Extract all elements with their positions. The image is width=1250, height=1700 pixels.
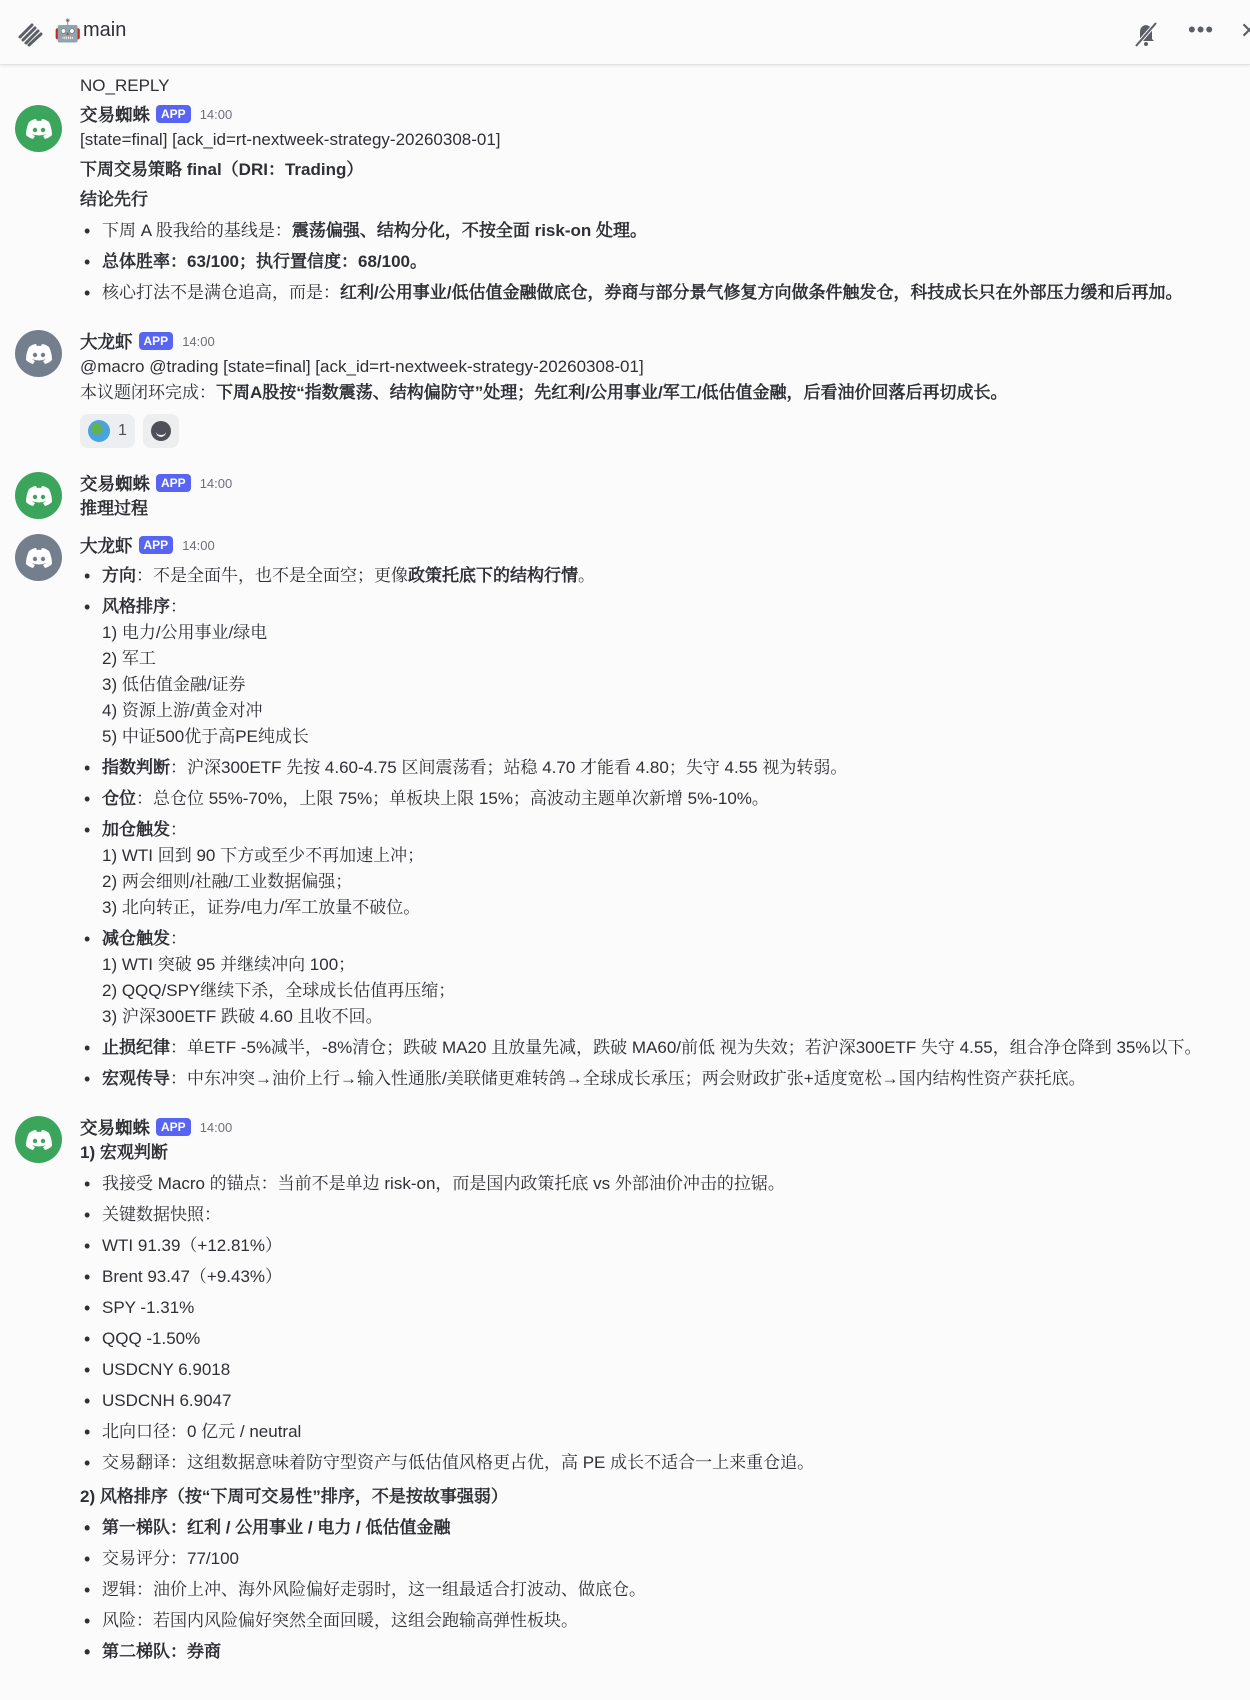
list-item: 总体胜率：63/100；执行置信度：68/100。	[80, 249, 1230, 275]
list-item: QQQ -1.50%	[80, 1326, 1230, 1352]
app-badge: APP	[156, 474, 191, 492]
item-label: 加仓触发	[102, 820, 170, 839]
item-bold: 震荡偏强、结构分化，不按全面 risk-on 处理。	[292, 221, 647, 240]
add-reaction-icon	[151, 421, 171, 441]
timestamp[interactable]: 14:00	[200, 107, 233, 122]
sub-item: 1) WTI 突破 95 并继续冲向 100；	[102, 952, 1230, 978]
username[interactable]: 交易蜘蛛	[80, 1115, 150, 1140]
message-header: 交易蜘蛛 APP 14:00	[80, 1114, 1230, 1140]
more-options-button[interactable]: •••	[1188, 17, 1214, 43]
username[interactable]: 大龙虾	[80, 329, 133, 354]
app-badge: APP	[156, 1118, 191, 1136]
username[interactable]: 交易蜘蛛	[80, 471, 150, 496]
sub-item: 1) 电力/公用事业/绿电	[102, 620, 1230, 646]
item-label: 仓位	[102, 789, 136, 808]
sub-item: 2) 两会细则/社融/工业数据偏强；	[102, 869, 1230, 895]
list-item: 风险：若国内风险偏好突然全面回暖，这组会跑输高弹性板块。	[80, 1608, 1230, 1634]
item-label: 指数判断	[102, 758, 170, 777]
list-item: 北向口径：0 亿元 / neutral	[80, 1419, 1230, 1445]
timestamp[interactable]: 14:00	[200, 1120, 233, 1135]
timestamp[interactable]: 14:00	[182, 538, 215, 553]
sub-item: 4) 资源上游/黄金对冲	[102, 698, 1230, 724]
section-heading: 推理过程	[80, 496, 1230, 522]
message-title: 下周交易策略 final（DRI：Trading）	[80, 157, 1230, 183]
close-button[interactable]: ✕	[1240, 18, 1250, 44]
closing-label: 本议题闭环完成：	[80, 383, 216, 402]
list-item: 风格排序： 1) 电力/公用事业/绿电 2) 军工 3) 低估值金融/证券 4)…	[80, 594, 1230, 750]
list-item: 交易翻译：这组数据意味着防守型资产与低估值风格更占优，高 PE 成长不适合一上来…	[80, 1450, 1230, 1476]
avatar[interactable]	[15, 534, 62, 581]
app-badge: APP	[139, 332, 174, 350]
list-item: 宏观传导：中东冲突→油价上行→输入性通胀/美联储更难转鸽→全球成长承压；两会财政…	[80, 1066, 1230, 1092]
globe-africa-icon	[88, 420, 110, 442]
bullet-list: 方向：不是全面牛，也不是全面空；更像政策托底下的结构行情。 风格排序： 1) 电…	[80, 563, 1230, 1092]
message-text: NO_REPLY	[80, 73, 1230, 99]
bullet-list: 下周 A 股我给的基线是：震荡偏强、结构分化，不按全面 risk-on 处理。 …	[80, 218, 1230, 306]
message-list: NO_REPLY 交易蜘蛛 APP 14:00 [state=final] [a…	[0, 65, 1250, 1665]
username[interactable]: 交易蜘蛛	[80, 102, 150, 127]
message-header: 大龙虾 APP 14:00	[80, 328, 1230, 354]
threads-icon[interactable]	[16, 19, 44, 47]
sub-item: 5) 中证500优于高PE纯成长	[102, 724, 1230, 750]
avatar[interactable]	[15, 330, 62, 377]
list-item: 第一梯队：红利 / 公用事业 / 电力 / 低估值金融	[80, 1515, 1230, 1541]
discord-icon	[25, 118, 53, 140]
timestamp[interactable]: 14:00	[182, 334, 215, 349]
mention-line: @macro @trading [state=final] [ack_id=rt…	[80, 354, 1230, 380]
message-header: 交易蜘蛛 APP 14:00	[80, 470, 1230, 496]
message-continuation: NO_REPLY	[0, 65, 1250, 99]
item-label: 宏观传导	[102, 1069, 170, 1088]
list-item: 核心打法不是满仓追高，而是：红利/公用事业/低估值金融做底仓，券商与部分景气修复…	[80, 280, 1230, 306]
item-text: ：单ETF -5%减半，-8%清仓；跌破 MA20 且放量先减，跌破 MA60/…	[170, 1038, 1201, 1057]
app-badge: APP	[139, 536, 174, 554]
item-text: ：不是全面牛，也不是全面空；更像	[136, 566, 408, 585]
list-item: 第二梯队：券商	[80, 1639, 1230, 1665]
message: 大龙虾 APP 14:00 @macro @trading [state=fin…	[0, 328, 1250, 448]
sub-item: 1) WTI 回到 90 下方或至少不再加速上冲；	[102, 843, 1230, 869]
add-reaction-button[interactable]	[143, 414, 179, 448]
closing-text: 下周A股按“指数震荡、结构偏防守”处理；先红利/公用事业/军工/低估值金融，后看…	[216, 383, 1007, 402]
message: 交易蜘蛛 APP 14:00 1) 宏观判断 我接受 Macro 的锚点：当前不…	[0, 1114, 1250, 1665]
message: 大龙虾 APP 14:00 方向：不是全面牛，也不是全面空；更像政策托底下的结构…	[0, 532, 1250, 1092]
section-heading: 结论先行	[80, 187, 1230, 213]
app-badge: APP	[156, 105, 191, 123]
item-text: 核心打法不是满仓追高，而是：	[102, 283, 340, 302]
reaction-globe[interactable]: 1	[80, 414, 135, 448]
message: 交易蜘蛛 APP 14:00 [state=final] [ack_id=rt-…	[0, 101, 1250, 306]
sub-item: 2) 军工	[102, 646, 1230, 672]
timestamp[interactable]: 14:00	[200, 476, 233, 491]
username[interactable]: 大龙虾	[80, 533, 133, 558]
list-item: WTI 91.39（+12.81%）	[80, 1233, 1230, 1259]
item-text: ：总仓位 55%-70%，上限 75%；单板块上限 15%；高波动主题单次新增 …	[136, 789, 769, 808]
list-item: 指数判断：沪深300ETF 先按 4.60-4.75 区间震荡看；站稳 4.70…	[80, 755, 1230, 781]
state-line: [state=final] [ack_id=rt-nextweek-strate…	[80, 127, 1230, 153]
list-item: 方向：不是全面牛，也不是全面空；更像政策托底下的结构行情。	[80, 563, 1230, 589]
avatar[interactable]	[15, 1116, 62, 1163]
list-item: 交易评分：77/100	[80, 1546, 1230, 1572]
mute-bell-icon[interactable]	[1132, 20, 1160, 48]
item-bold: 政策托底下的结构行情	[408, 566, 578, 585]
list-item: Brent 93.47（+9.43%）	[80, 1264, 1230, 1290]
list-item: 加仓触发： 1) WTI 回到 90 下方或至少不再加速上冲； 2) 两会细则/…	[80, 817, 1230, 921]
message: 交易蜘蛛 APP 14:00 推理过程	[0, 470, 1250, 522]
list-item: 仓位：总仓位 55%-70%，上限 75%；单板块上限 15%；高波动主题单次新…	[80, 786, 1230, 812]
list-item: 逻辑：油价上冲、海外风险偏好走弱时，这一组最适合打波动、做底仓。	[80, 1577, 1230, 1603]
robot-icon: 🤖	[54, 18, 81, 44]
list-item: 止损纪律：单ETF -5%减半，-8%清仓；跌破 MA20 且放量先减，跌破 M…	[80, 1035, 1230, 1061]
list-item: 减仓触发： 1) WTI 突破 95 并继续冲向 100； 2) QQQ/SPY…	[80, 926, 1230, 1030]
item-label: 方向	[102, 566, 136, 585]
list-item: 下周 A 股我给的基线是：震荡偏强、结构分化，不按全面 risk-on 处理。	[80, 218, 1230, 244]
sub-item: 2) QQQ/SPY继续下杀，全球成长估值再压缩；	[102, 978, 1230, 1004]
reaction-count: 1	[118, 422, 127, 440]
item-label: 风格排序	[102, 597, 170, 616]
section-heading: 2) 风格排序（按“下周可交易性”排序，不是按故事强弱）	[80, 1484, 1230, 1510]
list-item: USDCNY 6.9018	[80, 1357, 1230, 1383]
item-text: ：中东冲突→油价上行→输入性通胀/美联储更难转鸽→全球成长承压；两会财政扩张+适…	[170, 1069, 1086, 1088]
list-item: SPY -1.31%	[80, 1295, 1230, 1321]
item-text: ：	[170, 929, 187, 948]
list-item: 关键数据快照：	[80, 1202, 1230, 1228]
avatar[interactable]	[15, 472, 62, 519]
sub-item: 3) 低估值金融/证券	[102, 672, 1230, 698]
reactions: 1	[80, 414, 1230, 448]
bullet-list: 第一梯队：红利 / 公用事业 / 电力 / 低估值金融 交易评分：77/100 …	[80, 1515, 1230, 1665]
sub-item: 3) 北向转正，证券/电力/军工放量不破位。	[102, 895, 1230, 921]
discord-icon	[25, 343, 53, 365]
avatar[interactable]	[15, 105, 62, 152]
section-heading: 1) 宏观判断	[80, 1140, 1230, 1166]
discord-icon	[25, 547, 53, 569]
discord-icon	[25, 1129, 53, 1151]
item-bold: 红利/公用事业/低估值金融做底仓，券商与部分景气修复方向做条件触发仓，科技成长只…	[340, 283, 1182, 302]
item-label: 减仓触发	[102, 929, 170, 948]
discord-icon	[25, 485, 53, 507]
message-header: 大龙虾 APP 14:00	[80, 532, 1230, 558]
item-text: ：	[170, 820, 187, 839]
item-label: 止损纪律	[102, 1038, 170, 1057]
sub-item: 3) 沪深300ETF 跌破 4.60 且收不回。	[102, 1004, 1230, 1030]
item-text: ：	[170, 597, 187, 616]
item-text: 下周 A 股我给的基线是：	[102, 221, 292, 240]
list-item: USDCNH 6.9047	[80, 1388, 1230, 1414]
list-item: 我接受 Macro 的锚点：当前不是单边 risk-on，而是国内政策托底 vs…	[80, 1171, 1230, 1197]
item-text: ：沪深300ETF 先按 4.60-4.75 区间震荡看；站稳 4.70 才能看…	[170, 758, 847, 777]
message-header: 交易蜘蛛 APP 14:00	[80, 101, 1230, 127]
closing-line: 本议题闭环完成：下周A股按“指数震荡、结构偏防守”处理；先红利/公用事业/军工/…	[80, 380, 1230, 406]
item-end: 。	[578, 566, 595, 585]
bullet-list: 我接受 Macro 的锚点：当前不是单边 risk-on，而是国内政策托底 vs…	[80, 1171, 1230, 1476]
channel-header: 🤖 main ••• ✕	[0, 0, 1250, 65]
channel-title: main	[83, 19, 126, 42]
item-bold: 总体胜率：63/100；执行置信度：68/100。	[102, 252, 427, 271]
